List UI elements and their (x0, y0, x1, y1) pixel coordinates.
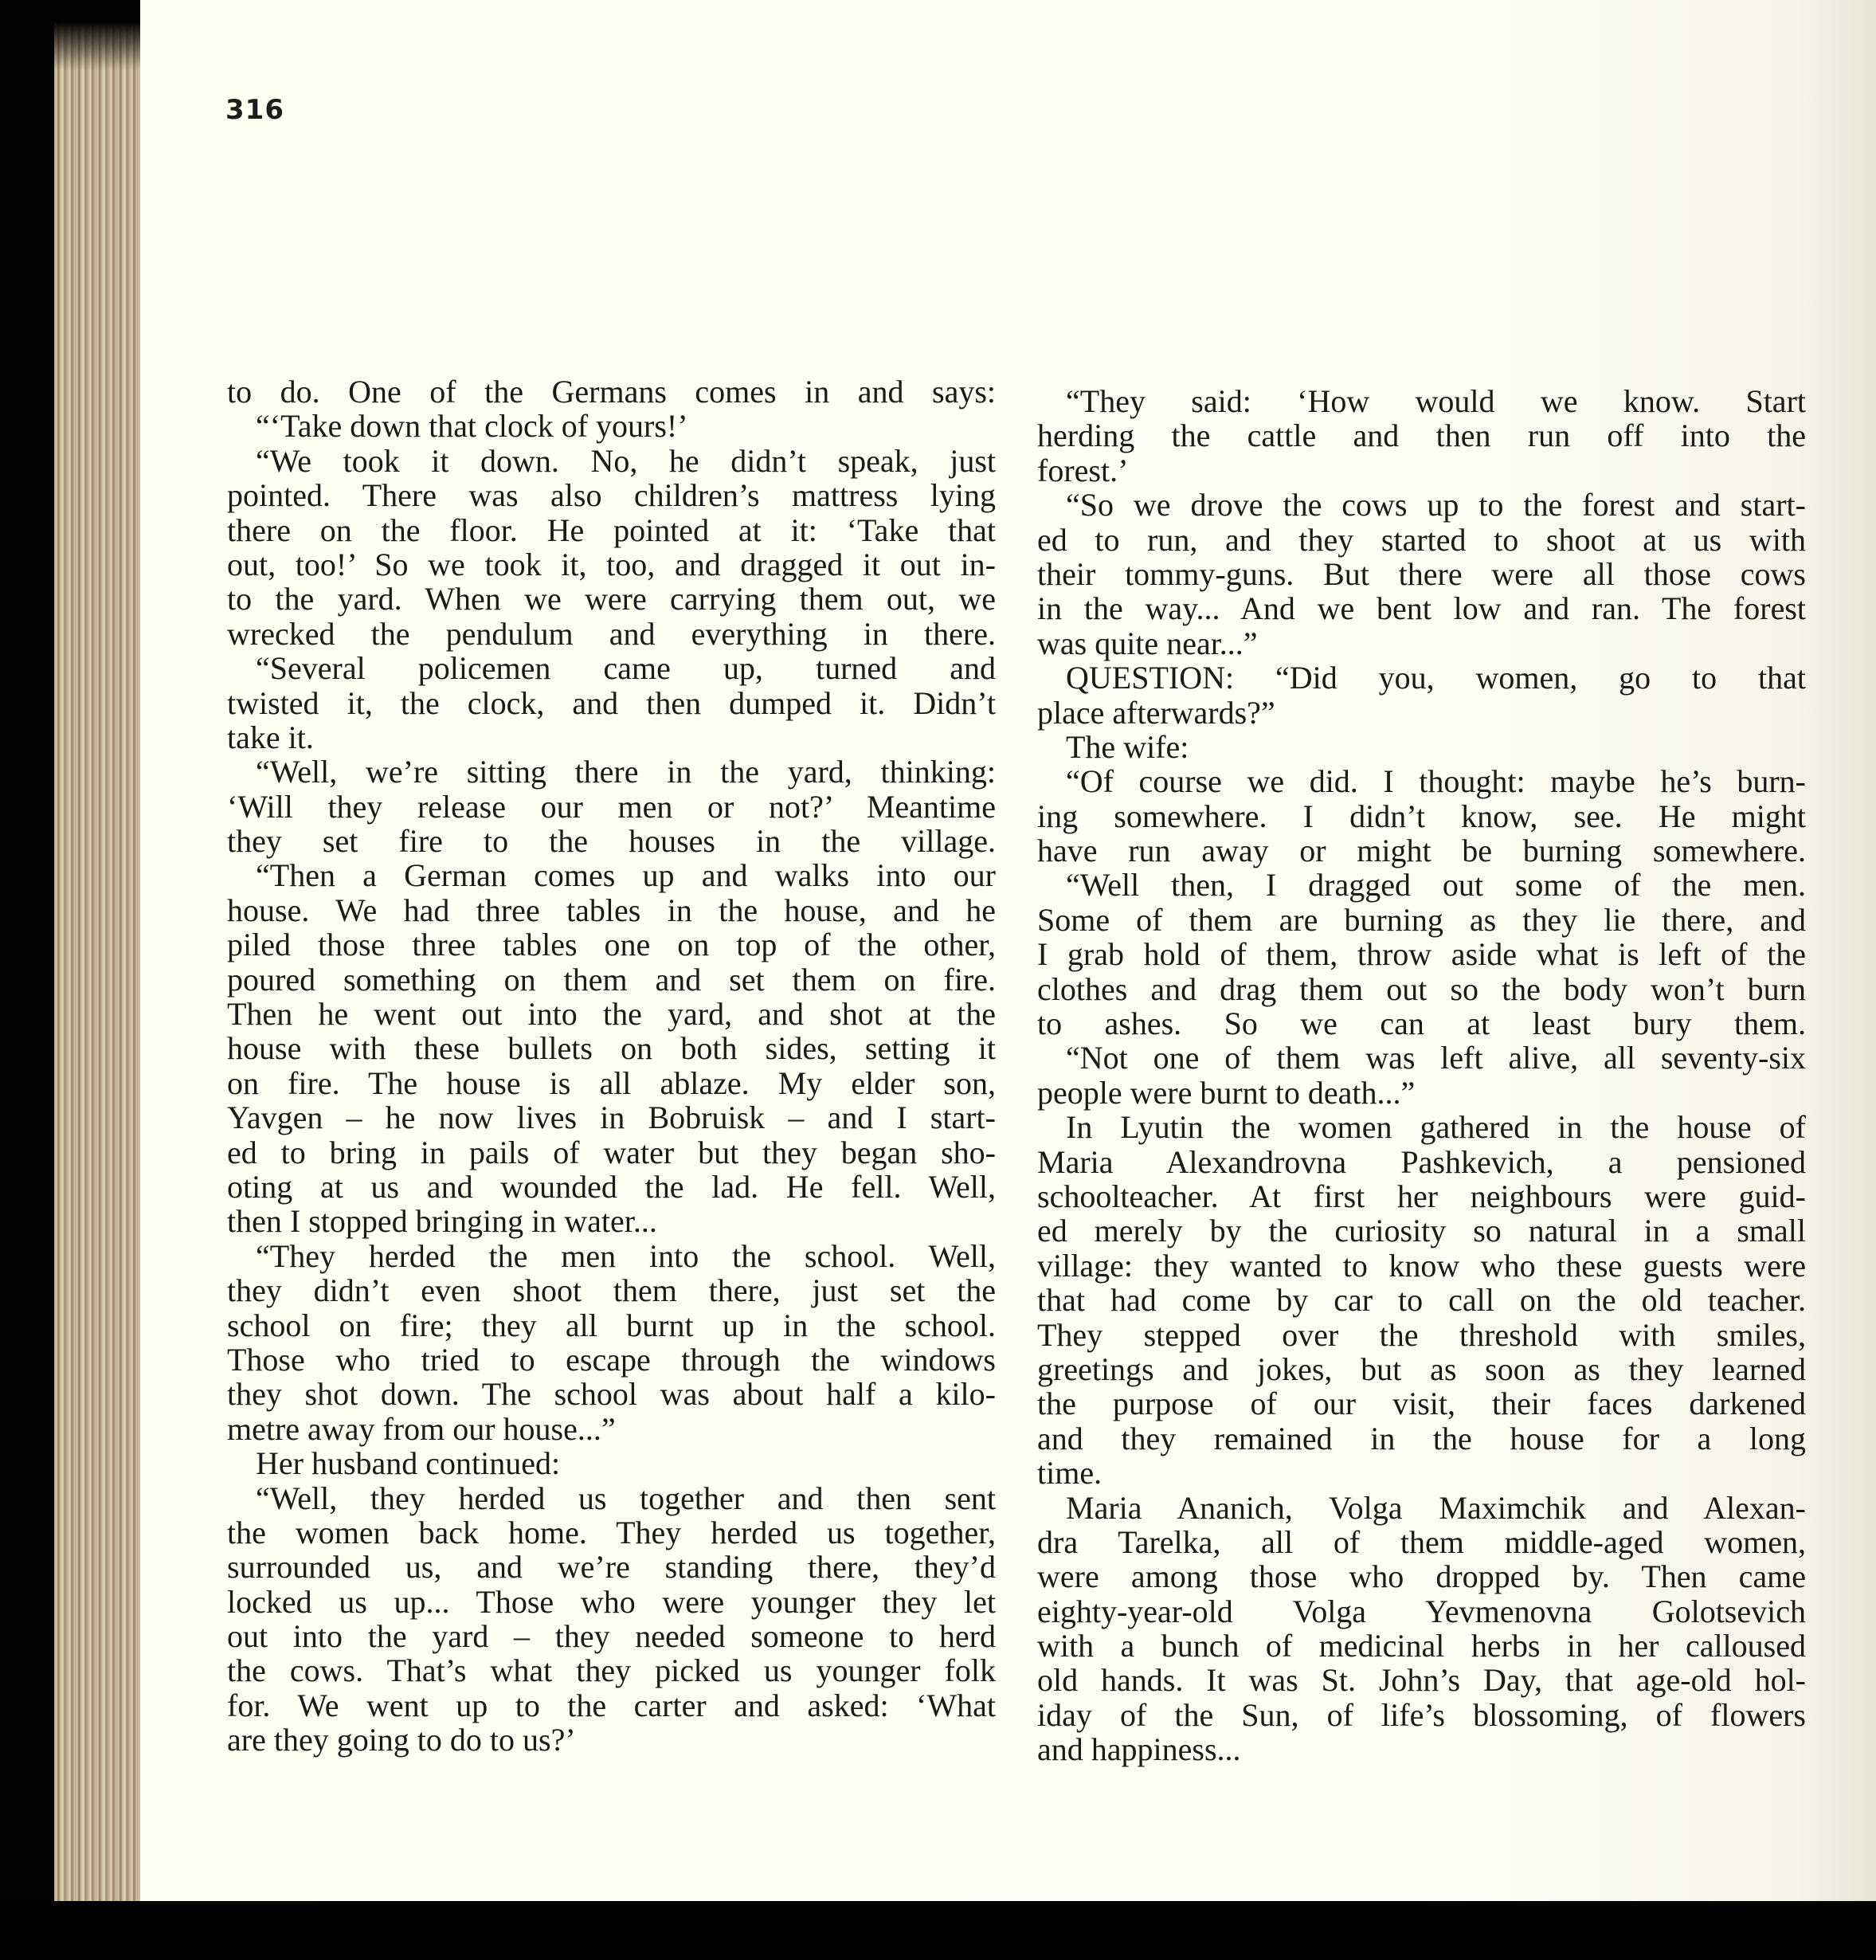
text-line: house with these bullets on both sides, … (227, 1031, 996, 1065)
text-line: iday of the Sun, of life’s blossoming, o… (1037, 1698, 1806, 1732)
text-line: piled those three tables one on top of t… (227, 927, 996, 962)
text-line: to the yard. When we were carrying them … (227, 582, 996, 616)
text-line: pointed. There was also children’s mattr… (227, 478, 996, 512)
text-line: are they going to do to us?’ (227, 1723, 996, 1757)
text-line: the cows. That’s what they picked us you… (227, 1653, 996, 1688)
text-line: clothes and drag them out so the body wo… (1037, 972, 1806, 1006)
text-line: their tommy-guns. But there were all tho… (1037, 557, 1806, 591)
text-line: greetings and jokes, but as soon as they… (1037, 1352, 1806, 1386)
text-line: house. We had three tables in the house,… (227, 893, 996, 927)
text-line: eighty-year-old Volga Yevmenovna Golotse… (1037, 1594, 1806, 1629)
text-line: they didn’t even shoot them there, just … (227, 1273, 996, 1307)
text-line: that had come by car to call on the old … (1037, 1283, 1806, 1317)
page-edge-stack (54, 22, 143, 1907)
text-line: I grab hold of them, throw aside what is… (1037, 937, 1806, 971)
text-line: QUESTION: “Did you, women, go to that (1037, 661, 1806, 695)
text-line: for. We went up to the carter and asked:… (227, 1688, 996, 1723)
text-line: Maria Ananich, Volga Maximchik and Alexa… (1037, 1491, 1806, 1525)
text-line: place afterwards?” (1037, 696, 1806, 730)
text-line: there on the floor. He pointed at it: ‘T… (227, 513, 996, 547)
text-line: out into the yard – they needed someone … (227, 1619, 996, 1653)
text-line: in the way... And we bent low and ran. T… (1037, 591, 1806, 625)
text-line: schoolteacher. At first her neighbours w… (1037, 1179, 1806, 1213)
text-line: metre away from our house...” (227, 1412, 996, 1446)
text-line: people were burnt to death...” (1037, 1076, 1806, 1110)
text-line: Her husband continued: (227, 1446, 996, 1480)
text-line: with a bunch of medicinal herbs in her c… (1037, 1629, 1806, 1663)
text-line: twisted it, the clock, and then dumped i… (227, 686, 996, 720)
text-line: “We took it down. No, he didn’t speak, j… (227, 444, 996, 478)
text-line: ‘Will they release our men or not?’ Mean… (227, 790, 996, 824)
text-line: time. (1037, 1456, 1806, 1490)
text-line: the purpose of our visit, their faces da… (1037, 1386, 1806, 1421)
text-line: herding the cattle and then run off into… (1037, 418, 1806, 453)
text-line: to ashes. So we can at least bury them. (1037, 1006, 1806, 1041)
text-line: “Several policemen came up, turned and (227, 651, 996, 685)
text-line: have run away or might be burning somewh… (1037, 833, 1806, 868)
text-line: school on fire; they all burnt up in the… (227, 1308, 996, 1343)
text-line: then I stopped bringing in water... (227, 1204, 996, 1238)
text-line: take it. (227, 720, 996, 755)
text-line: The wife: (1037, 730, 1806, 764)
text-line: old hands. It was St. John’s Day, that a… (1037, 1663, 1806, 1697)
text-line: “So we drove the cows up to the forest a… (1037, 488, 1806, 522)
text-line: “‘Take down that clock of yours!’ (227, 409, 996, 443)
text-line: “They said: ‘How would we know. Start (1037, 384, 1806, 418)
text-line: and happiness... (1037, 1732, 1806, 1766)
text-line: to do. One of the Germans comes in and s… (227, 374, 996, 409)
text-line: were among those who dropped by. Then ca… (1037, 1559, 1806, 1593)
text-line: “They herded the men into the school. We… (227, 1239, 996, 1273)
text-line: Some of them are burning as they lie the… (1037, 903, 1806, 937)
book-page-scan: 316 to do. One of the Germans comes in a… (0, 0, 1876, 1960)
text-line: surrounded us, and we’re standing there,… (227, 1550, 996, 1584)
text-line: the women back home. They herded us toge… (227, 1515, 996, 1550)
text-line: on fire. The house is all ablaze. My eld… (227, 1066, 996, 1100)
text-line: locked us up... Those who were younger t… (227, 1585, 996, 1619)
text-line: “Not one of them was left alive, all sev… (1037, 1041, 1806, 1075)
text-line: wrecked the pendulum and everything in t… (227, 617, 996, 651)
text-line: village: they wanted to know who these g… (1037, 1249, 1806, 1283)
text-column-right: “They said: ‘How would we know. Starther… (1037, 384, 1806, 1767)
text-line: dra Tarelka, all of them middle-aged wom… (1037, 1525, 1806, 1559)
text-line: they set fire to the houses in the villa… (227, 824, 996, 858)
bottom-dark-band (0, 1901, 1876, 1960)
text-line: forest.’ (1037, 453, 1806, 488)
text-line: Yavgen – he now lives in Bobruisk – and … (227, 1100, 996, 1135)
text-line: “Well, we’re sitting there in the yard, … (227, 755, 996, 789)
text-line: “Of course we did. I thought: maybe he’s… (1037, 764, 1806, 798)
text-line: and they remained in the house for a lon… (1037, 1421, 1806, 1456)
text-line: They stepped over the threshold with smi… (1037, 1318, 1806, 1352)
text-line: “Well, they herded us together and then … (227, 1481, 996, 1515)
page-number: 316 (225, 94, 284, 126)
text-line: ed merely by the curiosity so natural in… (1037, 1213, 1806, 1248)
text-line: oting at us and wounded the lad. He fell… (227, 1170, 996, 1204)
text-line: Then he went out into the yard, and shot… (227, 997, 996, 1031)
text-line: out, too!’ So we took it, too, and dragg… (227, 547, 996, 582)
text-line: ed to bring in pails of water but they b… (227, 1135, 996, 1170)
text-line: “Well then, I dragged out some of the me… (1037, 868, 1806, 902)
text-line: In Lyutin the women gathered in the hous… (1037, 1110, 1806, 1144)
text-line: was quite near...” (1037, 626, 1806, 661)
text-line: poured something on them and set them on… (227, 962, 996, 997)
text-line: Maria Alexandrovna Pashkevich, a pension… (1037, 1145, 1806, 1179)
text-line: ing somewhere. I didn’t know, see. He mi… (1037, 799, 1806, 833)
text-column-left: to do. One of the Germans comes in and s… (227, 374, 996, 1758)
text-line: ed to run, and they started to shoot at … (1037, 523, 1806, 557)
text-line: Those who tried to escape through the wi… (227, 1343, 996, 1377)
text-line: “Then a German comes up and walks into o… (227, 858, 996, 892)
text-line: they shot down. The school was about hal… (227, 1377, 996, 1411)
